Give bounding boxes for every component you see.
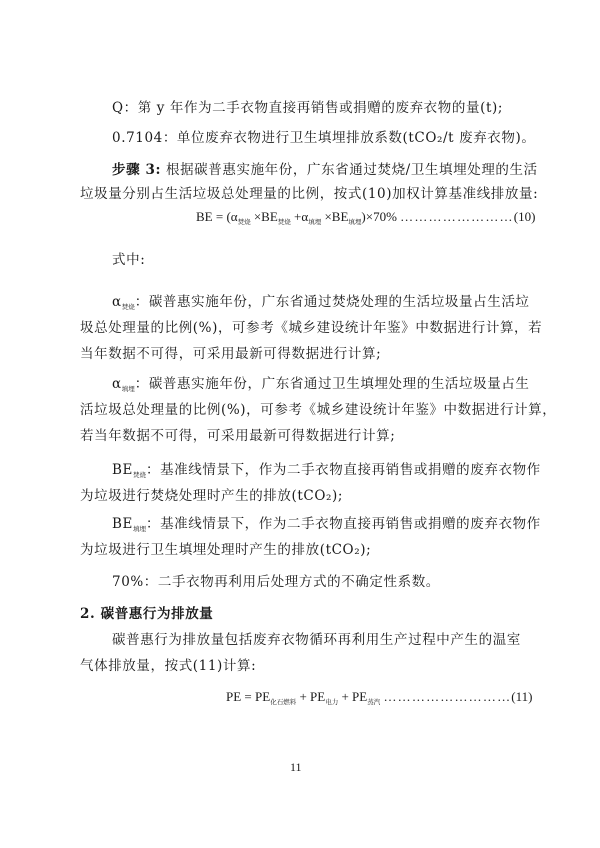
q-definition: Q：第 y 年作为二手衣物直接再销售或捐赠的废弃衣物的量(t); <box>112 98 503 118</box>
alpha-landfill-line2: 活垃圾总处理量的比例(%)，可参考《城乡建设统计年鉴》中数据进行计算， <box>80 400 556 420</box>
page-number: 11 <box>290 760 302 775</box>
be-incineration-line1: BE焚烧：基准线情景下，作为二手衣物直接再销售或捐赠的废弃衣物作 <box>112 460 541 485</box>
be-incineration-line2: 为垃圾进行焚烧处理时产生的排放(tCO₂); <box>80 486 343 506</box>
section-2-line2: 气体排放量，按式(11)计算: <box>80 656 256 676</box>
equation-number: (10) <box>514 209 536 224</box>
alpha-incineration-line1: α焚烧：碳普惠实施年份，广东省通过焚烧处理的生活垃圾量占生活垃 <box>112 292 530 317</box>
alpha-landfill-line1: α填埋：碳普惠实施年份，广东省通过卫生填埋处理的生活垃圾量占生 <box>112 374 530 399</box>
coefficient-definition: 0.7104：单位废弃衣物进行卫生填埋排放系数(tCO₂/t 废弃衣物)。 <box>112 128 535 148</box>
alpha-incineration-line3: 当年数据不可得，可采用最新可得数据进行计算; <box>80 344 381 364</box>
uncertainty-coefficient: 70%：二手衣物再利用后处理方式的不确定性系数。 <box>112 572 440 592</box>
where-label: 式中: <box>112 250 145 270</box>
section-2-line1: 碳普惠行为排放量包括废弃衣物循环再利用生产过程中产生的温室 <box>112 630 521 650</box>
step3-label: 步骤 3: <box>112 162 161 178</box>
be-landfill-line2: 为垃圾进行卫生填埋处理时产生的排放(tCO₂); <box>80 540 371 560</box>
section-2-heading: 2. 碳普惠行为排放量 <box>80 604 213 624</box>
formula-10: BE = (α焚烧 ×BE焚烧 +α填埋 ×BE填埋)×70% ……………………… <box>196 208 535 231</box>
formula-11: PE = PE化石燃料 + PE电力 + PE蒸汽 ………………………(11) <box>226 688 532 711</box>
alpha-landfill-line3: 若当年数据不可得，可采用最新可得数据进行计算; <box>80 426 395 446</box>
be-landfill-line1: BE填埋：基准线情景下，作为二手衣物直接再销售或捐赠的废弃衣物作 <box>112 514 541 539</box>
step3-line1: 步骤 3: 根据碳普惠实施年份，广东省通过焚烧/卫生填埋处理的生活 <box>112 160 538 180</box>
alpha-incineration-line2: 圾总处理量的比例(%)，可参考《城乡建设统计年鉴》中数据进行计算，若 <box>80 318 542 338</box>
step3-line2: 垃圾量分别占生活垃圾总处理量的比例，按式(10)加权计算基准线排放量: <box>80 184 538 204</box>
equation-number: (11) <box>511 689 532 704</box>
